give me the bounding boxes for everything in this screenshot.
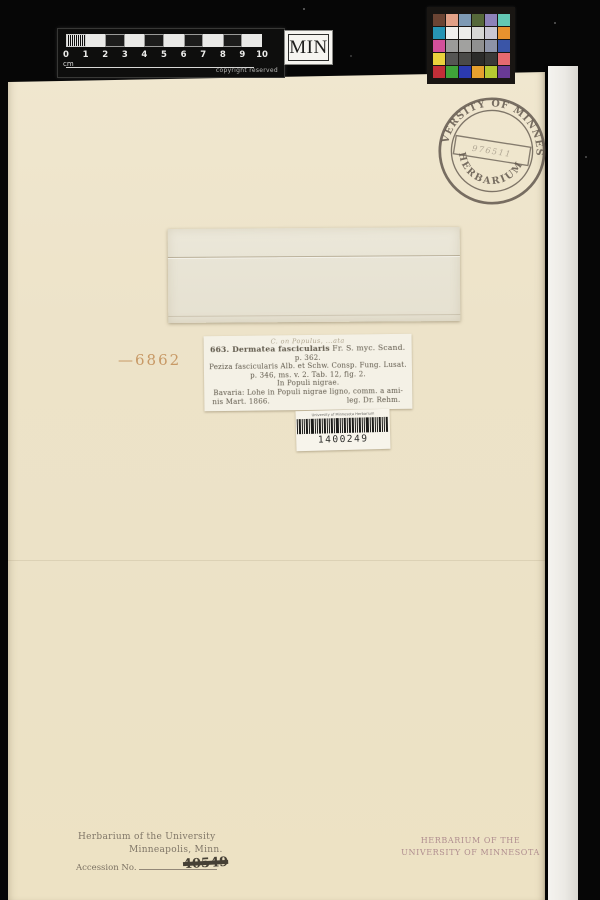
ruler-segment bbox=[164, 34, 184, 47]
footer-herbarium-line2: Minneapolis, Minn. bbox=[129, 845, 223, 855]
sheet-crease bbox=[8, 560, 545, 561]
color-swatch bbox=[459, 27, 471, 39]
packet-edge-line bbox=[168, 314, 460, 317]
color-swatch bbox=[498, 27, 510, 39]
color-swatch bbox=[485, 66, 497, 78]
ruler-tick: 8 bbox=[220, 50, 226, 60]
accession-prefix: Accession No. bbox=[76, 863, 137, 873]
min-herbarium-code-box: MIN bbox=[284, 30, 333, 65]
color-calibration-chart bbox=[427, 7, 515, 84]
color-swatch bbox=[459, 66, 471, 78]
barcode-bar bbox=[299, 419, 301, 434]
ruler-tick: 0 bbox=[63, 50, 69, 60]
barcode-bar bbox=[349, 418, 351, 433]
barcode-bar bbox=[359, 418, 361, 433]
barcode-bar bbox=[336, 418, 339, 433]
ruler-segment bbox=[86, 34, 106, 47]
color-swatch bbox=[472, 53, 484, 65]
ruler-tick: 7 bbox=[200, 50, 206, 60]
ruler-tick: 6 bbox=[181, 50, 187, 60]
color-swatch bbox=[433, 27, 445, 39]
color-swatch bbox=[446, 53, 458, 65]
barcode-bar bbox=[386, 417, 388, 432]
stamp-handwritten-number: 976511 bbox=[471, 143, 512, 159]
color-chart-grid bbox=[433, 14, 510, 78]
stamp-arc-bottom-text: HERBARIUM bbox=[451, 149, 526, 192]
barcode-number: 1400249 bbox=[318, 433, 369, 445]
color-swatch bbox=[446, 27, 458, 39]
barcode-bar bbox=[372, 417, 374, 432]
svg-text:HERBARIUM: HERBARIUM bbox=[451, 149, 526, 192]
ruler-tick: 1 bbox=[83, 50, 89, 60]
specimen-label: C. on Populus, ...ata 663. Dermatea fasc… bbox=[204, 334, 413, 412]
ruler-tick: 5 bbox=[161, 50, 167, 60]
accession-blank-line: 40549 bbox=[139, 862, 217, 870]
color-swatch bbox=[459, 40, 471, 52]
barcode-bar bbox=[324, 418, 326, 433]
bottom-right-stamp: HERBARIUM OF THE UNIVERSITY OF MINNESOTA bbox=[398, 836, 543, 860]
ruler-segment bbox=[184, 34, 204, 47]
ruler-segment bbox=[242, 34, 262, 47]
color-swatch bbox=[498, 66, 510, 78]
ruler-segment bbox=[223, 34, 243, 47]
color-swatch bbox=[446, 14, 458, 26]
color-swatch bbox=[498, 53, 510, 65]
color-swatch bbox=[472, 40, 484, 52]
barcode-bar bbox=[306, 419, 308, 434]
color-swatch bbox=[485, 40, 497, 52]
color-swatch bbox=[498, 14, 510, 26]
color-swatch bbox=[485, 53, 497, 65]
barcode-bar bbox=[344, 418, 346, 433]
barcode-bars bbox=[297, 417, 389, 434]
specimen-packet bbox=[168, 227, 461, 323]
barcode-bar bbox=[352, 418, 354, 433]
bottom-stamp-line2: UNIVERSITY OF MINNESOTA bbox=[398, 848, 543, 857]
accession-row: Accession No. 40549 bbox=[76, 862, 217, 873]
ruler-segment bbox=[105, 34, 125, 47]
ruler-segment bbox=[144, 34, 164, 47]
min-inner-frame: MIN bbox=[288, 34, 329, 61]
color-swatch bbox=[472, 27, 484, 39]
ruler-tick: 4 bbox=[141, 50, 147, 60]
ruler-segment bbox=[203, 34, 223, 47]
color-swatch bbox=[472, 14, 484, 26]
barcode-bar bbox=[331, 418, 333, 433]
ruler-bar bbox=[58, 34, 284, 47]
color-swatch bbox=[433, 14, 445, 26]
color-swatch bbox=[433, 40, 445, 52]
barcode-label: University of Minnesota Herbarium 140024… bbox=[295, 409, 390, 451]
ruler-mm-block bbox=[66, 34, 86, 47]
stamp-graphic: UNIVERSITY OF MINNESOTA HERBARIUM 976511 bbox=[426, 85, 559, 218]
ruler-tick: 9 bbox=[239, 50, 245, 60]
packet-fold-line bbox=[168, 255, 460, 258]
ruler-segment bbox=[125, 34, 145, 47]
color-swatch bbox=[446, 40, 458, 52]
bottom-stamp-line1: HERBARIUM OF THE bbox=[398, 836, 543, 845]
sheet-number: —6862 bbox=[118, 351, 181, 369]
color-swatch bbox=[446, 66, 458, 78]
ruler-tick: 3 bbox=[122, 50, 128, 60]
color-swatch bbox=[485, 14, 497, 26]
color-swatch bbox=[472, 66, 484, 78]
color-swatch bbox=[498, 40, 510, 52]
specimen-label-lines: 663. Dermatea fascicularis Fr. S. myc. S… bbox=[204, 344, 413, 407]
color-swatch bbox=[485, 27, 497, 39]
color-swatch bbox=[433, 66, 445, 78]
footer-herbarium-line1: Herbarium of the University bbox=[78, 832, 215, 842]
barcode-bar bbox=[379, 417, 381, 432]
ruler-tick: 2 bbox=[102, 50, 108, 60]
label-line: nis Mart. 1866.leg. Dr. Rehm. bbox=[204, 395, 412, 406]
copyright-text: copyright reserved bbox=[216, 67, 278, 74]
barcode-bar bbox=[319, 419, 321, 434]
scale-bar: 012345678910 cm copyright reserved bbox=[57, 28, 285, 78]
barcode-bar bbox=[366, 417, 369, 432]
min-code: MIN bbox=[289, 37, 327, 59]
barcode-bar bbox=[311, 419, 314, 434]
accession-number: 40549 bbox=[183, 855, 229, 872]
backing-strip bbox=[548, 66, 578, 900]
dust-specks bbox=[0, 0, 2, 2]
ruler-tick: 10 bbox=[256, 50, 268, 60]
color-swatch bbox=[433, 53, 445, 65]
color-swatch bbox=[459, 53, 471, 65]
herbarium-stamp: UNIVERSITY OF MINNESOTA HERBARIUM 976511 bbox=[426, 85, 559, 218]
color-swatch bbox=[459, 14, 471, 26]
ruler-ticks: 012345678910 bbox=[58, 50, 284, 60]
